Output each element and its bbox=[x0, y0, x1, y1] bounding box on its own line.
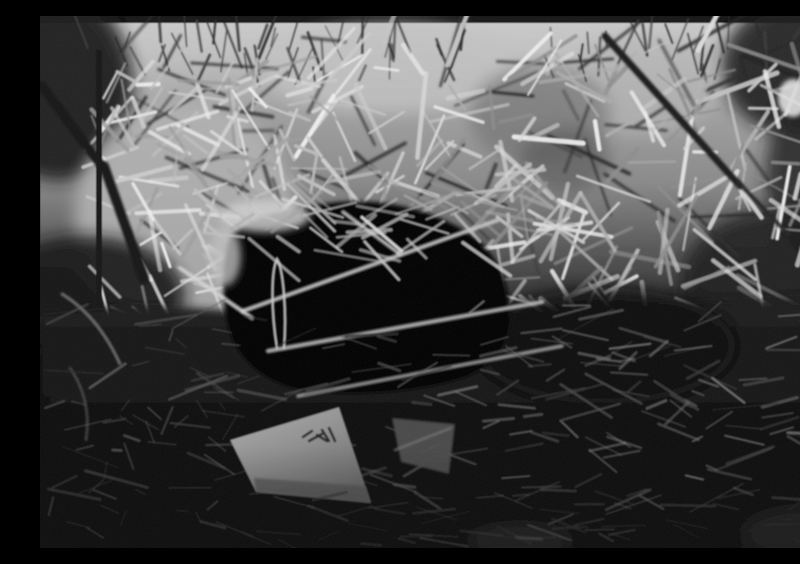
photograph bbox=[40, 16, 800, 548]
photo-canvas bbox=[40, 16, 800, 548]
film-grain-overlay bbox=[40, 16, 800, 548]
